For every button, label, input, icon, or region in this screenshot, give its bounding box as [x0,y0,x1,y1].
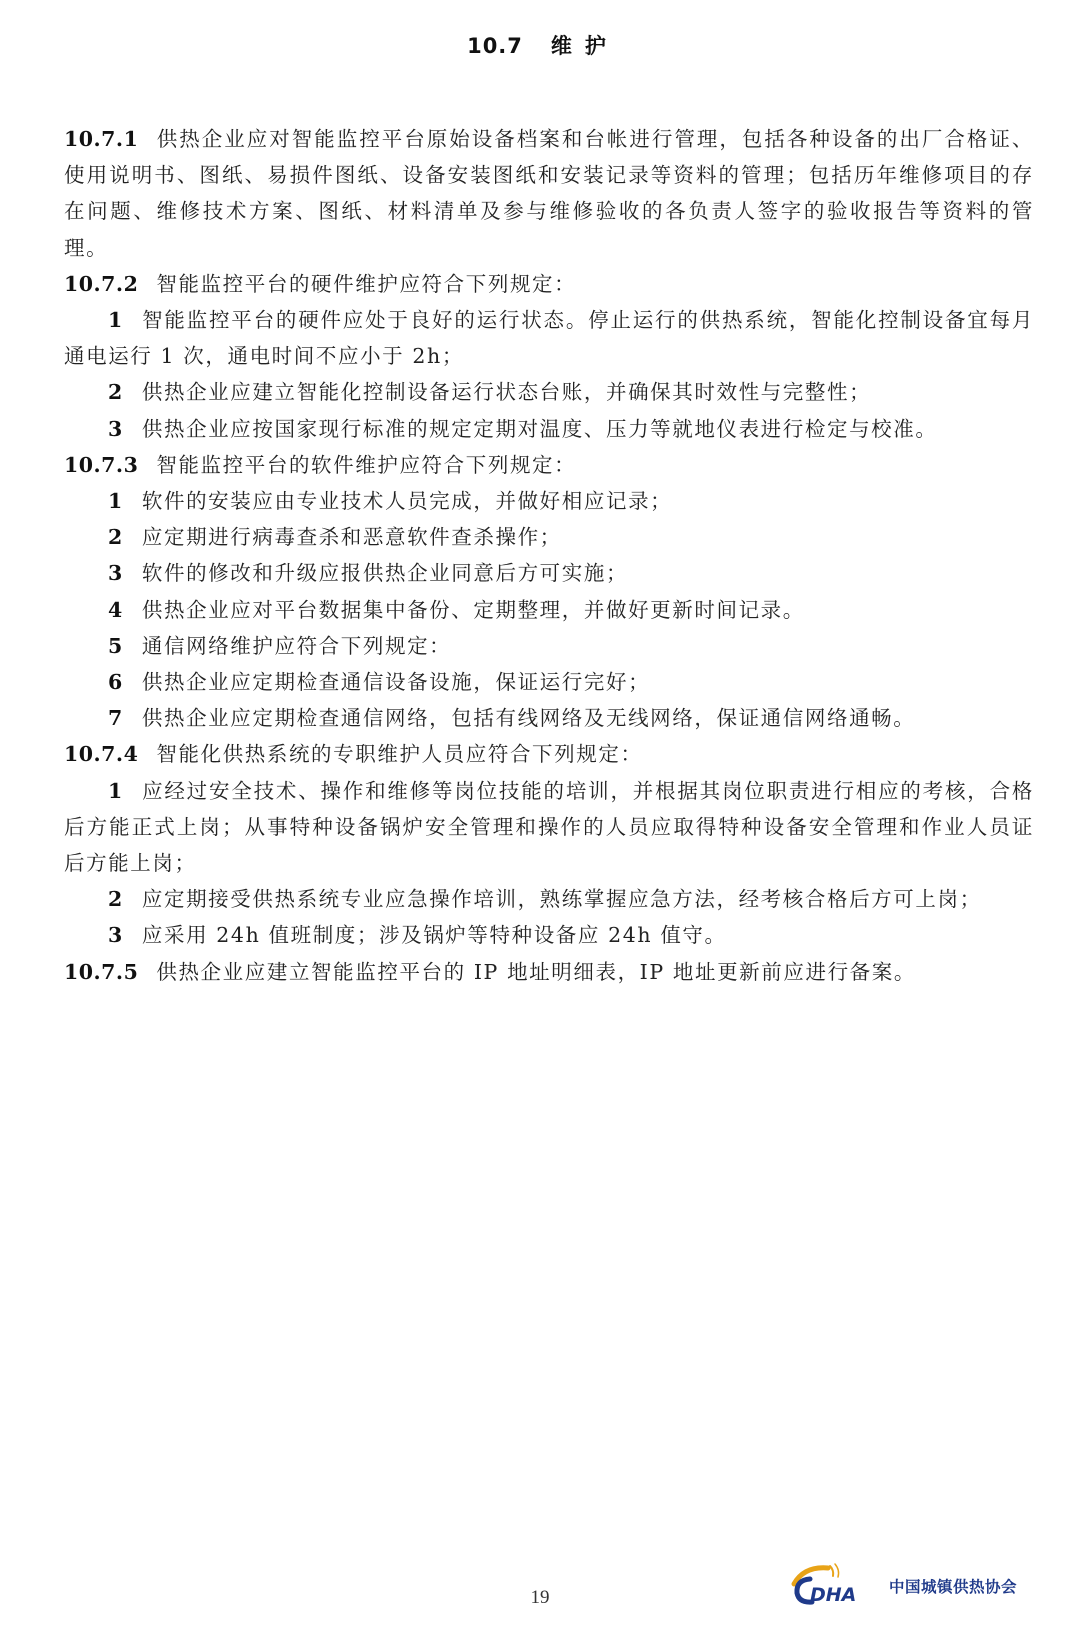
item-number: 2 [108,525,124,549]
list-item: 1智能监控平台的硬件应处于良好的运行状态。停止运行的供热系统，智能化控制设备宜每… [64,302,1034,374]
list-item: 2供热企业应建立智能化控制设备运行状态台账，并确保其时效性与完整性； [64,374,1034,410]
item-number: 7 [108,706,124,730]
item-text: 应采用 24h 值班制度；涉及锅炉等特种设备应 24h 值守。 [142,923,727,947]
clause-10-7-3: 10.7.3智能监控平台的软件维护应符合下列规定： [64,447,1034,483]
item-number: 2 [108,380,124,404]
clause-number: 10.7.1 [64,127,138,151]
clause-text: 智能化供热系统的专职维护人员应符合下列规定： [156,742,642,766]
item-text: 应定期接受供热系统专业应急操作培训，熟练掌握应急方法，经考核合格后方可上岗； [142,887,982,911]
list-item: 5通信网络维护应符合下列规定： [64,628,1034,664]
list-item: 4供热企业应对平台数据集中备份、定期整理，并做好更新时间记录。 [64,592,1034,628]
item-text: 智能监控平台的硬件应处于良好的运行状态。停止运行的供热系统，智能化控制设备宜每月… [64,308,1034,368]
section-title-char: 护 [585,34,607,58]
list-item: 2应定期接受供热系统专业应急操作培训，熟练掌握应急方法，经考核合格后方可上岗； [64,881,1034,917]
item-text: 供热企业应定期检查通信设备设施，保证运行完好； [142,670,650,694]
clause-number: 10.7.5 [64,960,138,984]
item-number: 1 [108,308,124,332]
list-item: 1软件的安装应由专业技术人员完成，并做好相应记录； [64,483,1034,519]
clause-text: 供热企业应建立智能监控平台的 IP 地址明细表，IP 地址更新前应进行备案。 [156,960,916,984]
clause-10-7-2: 10.7.2智能监控平台的硬件维护应符合下列规定： [64,266,1034,302]
item-number: 1 [108,489,124,513]
clause-number: 10.7.2 [64,272,138,296]
section-title-char: 维 [551,34,573,58]
clause-number: 10.7.4 [64,742,138,766]
clause-10-7-5: 10.7.5供热企业应建立智能监控平台的 IP 地址明细表，IP 地址更新前应进… [64,954,1034,990]
item-text: 供热企业应定期检查通信网络，包括有线网络及无线网络，保证通信网络通畅。 [142,706,916,730]
clause-text: 智能监控平台的软件维护应符合下列规定： [156,453,576,477]
clause-text: 智能监控平台的硬件维护应符合下列规定： [156,272,576,296]
item-number: 4 [108,598,124,622]
svg-text:DHA: DHA [810,1584,856,1606]
item-text: 应定期进行病毒查杀和恶意软件查杀操作； [142,525,562,549]
clause-10-7-1: 10.7.1供热企业应对智能监控平台原始设备档案和台帐进行管理，包括各种设备的出… [64,121,1034,266]
list-item: 3应采用 24h 值班制度；涉及锅炉等特种设备应 24h 值守。 [64,917,1034,953]
cdha-logo-mark-icon: DHA [790,1562,885,1606]
list-item: 1应经过安全技术、操作和维修等岗位技能的培训，并根据其岗位职责进行相应的考核，合… [64,773,1034,882]
list-item: 2应定期进行病毒查杀和恶意软件查杀操作； [64,519,1034,555]
item-number: 6 [108,670,124,694]
list-item: 3软件的修改和升级应报供热企业同意后方可实施； [64,555,1034,591]
item-text: 软件的安装应由专业技术人员完成，并做好相应记录； [142,489,672,513]
item-text: 通信网络维护应符合下列规定： [142,634,451,658]
clause-number: 10.7.3 [64,453,138,477]
item-text: 应经过安全技术、操作和维修等岗位技能的培训，并根据其岗位职责进行相应的考核，合格… [64,779,1034,875]
item-text: 软件的修改和升级应报供热企业同意后方可实施； [142,561,628,585]
list-item: 7供热企业应定期检查通信网络，包括有线网络及无线网络，保证通信网络通畅。 [64,700,1034,736]
clause-text: 供热企业应对智能监控平台原始设备档案和台帐进行管理，包括各种设备的出厂合格证、使… [64,127,1034,260]
item-number: 3 [108,561,124,585]
list-item: 6供热企业应定期检查通信设备设施，保证运行完好； [64,664,1034,700]
cdha-logo: DHA 中国城镇供热协会 [790,1562,1017,1606]
section-number: 10.7 [467,34,523,58]
page-title: 10.7维护 [0,30,1080,60]
item-text: 供热企业应建立智能化控制设备运行状态台账，并确保其时效性与完整性； [142,380,871,404]
item-number: 3 [108,923,124,947]
clause-10-7-4: 10.7.4智能化供热系统的专职维护人员应符合下列规定： [64,736,1034,772]
item-number: 1 [108,779,124,803]
item-text: 供热企业应按国家现行标准的规定定期对温度、压力等就地仪表进行检定与校准。 [142,417,938,441]
item-number: 5 [108,634,124,658]
item-text: 供热企业应对平台数据集中备份、定期整理，并做好更新时间记录。 [142,598,805,622]
item-number: 3 [108,417,124,441]
organization-name: 中国城镇供热协会 [889,1575,1017,1597]
document-body: 10.7.1供热企业应对智能监控平台原始设备档案和台帐进行管理，包括各种设备的出… [64,121,1034,990]
item-number: 2 [108,887,124,911]
list-item: 3供热企业应按国家现行标准的规定定期对温度、压力等就地仪表进行检定与校准。 [64,411,1034,447]
